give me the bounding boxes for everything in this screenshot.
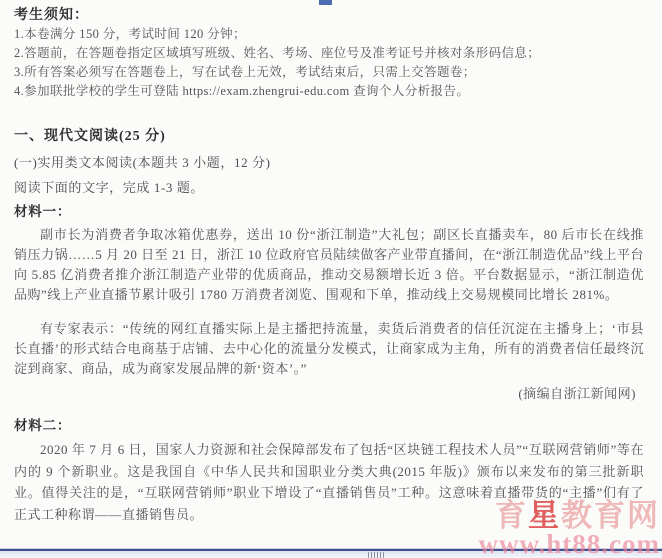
scrollbar-grip-handle[interactable] <box>368 552 386 558</box>
viewer-cursor-marker <box>319 0 332 5</box>
exam-paper-page: 考生须知： 1.本卷满分 150 分，考试时间 120 分钟； 2.答题前，在答… <box>0 0 662 558</box>
exam-content: 考生须知： 1.本卷满分 150 分，考试时间 120 分钟； 2.答题前，在答… <box>0 0 662 525</box>
bottom-band <box>0 551 662 558</box>
section-subheading-practical-text: (一)实用类文本阅读(本题共 3 小题，12 分) <box>14 154 644 172</box>
notice-item-2: 2.答题前，在答题卷指定区域填写班级、姓名、考场、座位号及准考证号并核对条形码信… <box>14 44 644 63</box>
material-1-label: 材料一： <box>14 203 644 221</box>
notice-item-1: 1.本卷满分 150 分，考试时间 120 分钟； <box>14 25 644 44</box>
section-heading-modern-reading: 一、现代文阅读(25 分) <box>14 128 644 146</box>
material-1-source-attribution: (摘编自浙江新闻网) <box>14 385 644 403</box>
candidate-notice-title: 考生须知： <box>14 7 644 25</box>
bottom-bar <box>0 546 662 558</box>
material-1-paragraph-2: 有专家表示：“传统的网红直播实际上是主播把持流量，卖货后消费者的信任沉淀在主播身… <box>14 319 644 379</box>
material-2-paragraph-1: 2020 年 7 月 6 日，国家人力资源和社会保障部发布了包括“区块链工程技术… <box>14 439 644 525</box>
reading-instruction: 阅读下面的文字，完成 1-3 题。 <box>14 179 644 197</box>
material-1-paragraph-1: 副市长为消费者争取冰箱优惠券，送出 10 份“浙江制造”大礼包；副区长直播卖车，… <box>14 225 644 305</box>
notice-item-4: 4.参加联批学校的学生可登陆 https://exam.zhengrui-edu… <box>14 82 644 101</box>
material-2-label: 材料二： <box>14 417 644 435</box>
notice-item-3: 3.所有答案必须写在答题卷上，写在试卷上无效，考试结束后，只需上交答题卷； <box>14 63 644 82</box>
